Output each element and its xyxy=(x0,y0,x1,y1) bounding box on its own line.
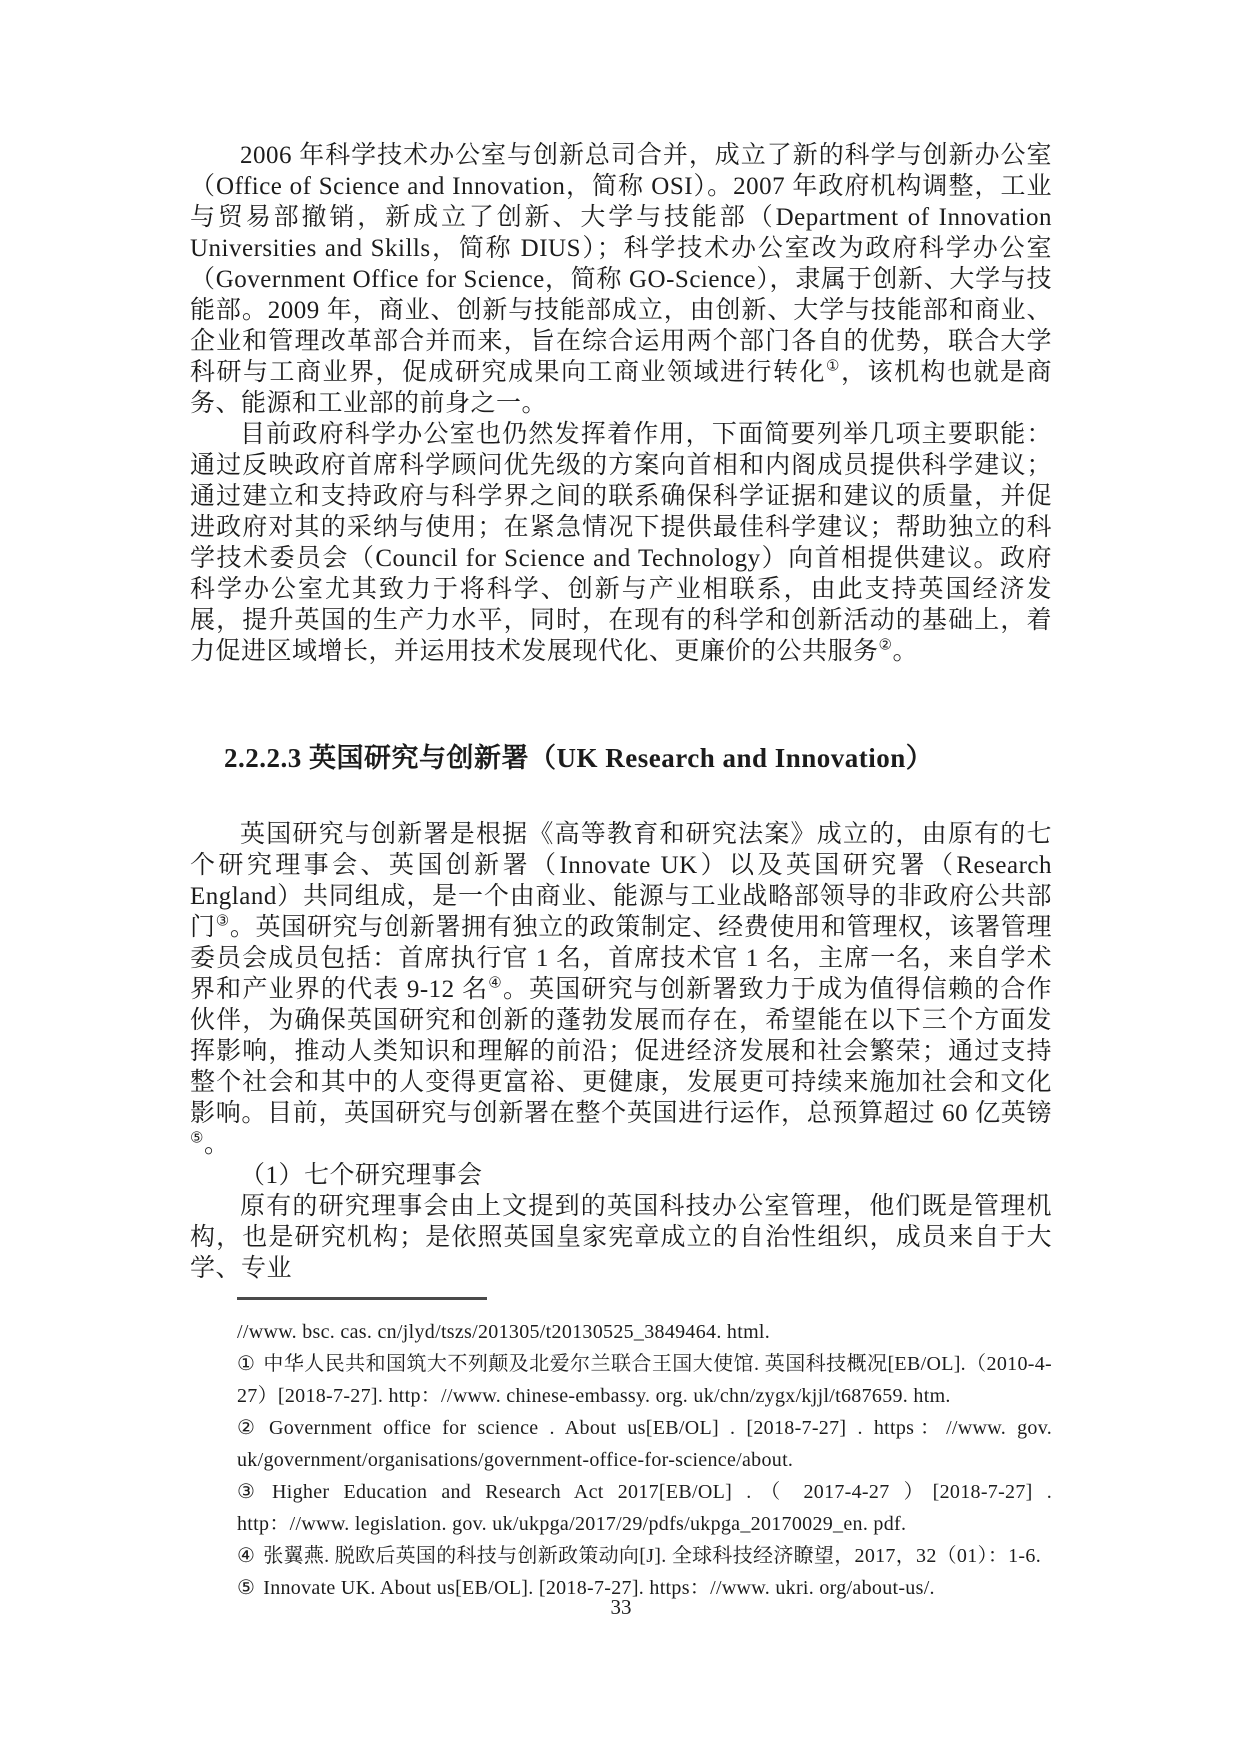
paragraph-osi-history: 2006 年科学技术办公室与创新总司合并，成立了新的科学与创新办公室（Offic… xyxy=(190,140,1052,419)
footnote-marker: ② xyxy=(237,1417,269,1439)
footnote-text: 中华人民共和国筑大不列颠及北爱尔兰联合王国大使馆. 英国科技概况[EB/OL].… xyxy=(237,1353,1052,1407)
list-item-research-councils: （1）七个研究理事会 xyxy=(190,1160,1052,1191)
footnote-item: ①中华人民共和国筑大不列颠及北爱尔兰联合王国大使馆. 英国科技概况[EB/OL]… xyxy=(237,1348,1052,1412)
body-content: 2006 年科学技术办公室与创新总司合并，成立了新的科学与创新办公室（Offic… xyxy=(190,140,1052,1284)
page-number: 33 xyxy=(190,1594,1052,1620)
text-run: 。 xyxy=(204,1131,230,1158)
footnote-text: Higher Education and Research Act 2017[E… xyxy=(237,1481,1052,1535)
footnote-divider xyxy=(237,1297,487,1300)
footnote-item: ③Higher Education and Research Act 2017[… xyxy=(237,1476,1052,1540)
footnote-marker: ① xyxy=(237,1353,263,1375)
text-run: 目前政府科学办公室也仍然发挥着作用，下面简要列举几项主要职能：通过反映政府首席科… xyxy=(190,421,1052,665)
paragraph-research-councils: 原有的研究理事会由上文提到的英国科技办公室管理，他们既是管理机构，也是研究机构；… xyxy=(190,1191,1052,1284)
text-run: 原有的研究理事会由上文提到的英国科技办公室管理，他们既是管理机构，也是研究机构；… xyxy=(190,1193,1052,1282)
text-run: 2006 年科学技术办公室与创新总司合并，成立了新的科学与创新办公室（Offic… xyxy=(190,142,1052,386)
footnote-area: //www. bsc. cas. cn/jlyd/tszs/201305/t20… xyxy=(237,1297,1052,1604)
document-page: 2006 年科学技术办公室与创新总司合并，成立了新的科学与创新办公室（Offic… xyxy=(0,0,1240,1753)
paragraph-ukri-overview: 英国研究与创新署是根据《高等教育和研究法案》成立的，由原有的七个研究理事会、英国… xyxy=(190,819,1052,1160)
paragraph-go-science-functions: 目前政府科学办公室也仍然发挥着作用，下面简要列举几项主要职能：通过反映政府首席科… xyxy=(190,419,1052,667)
footnote-text: //www. bsc. cas. cn/jlyd/tszs/201305/t20… xyxy=(237,1321,770,1343)
footnote-ref-superscript: ④ xyxy=(488,976,503,992)
footnote-item: //www. bsc. cas. cn/jlyd/tszs/201305/t20… xyxy=(237,1316,1052,1348)
footnote-text: Government office for science . About us… xyxy=(237,1417,1052,1471)
footnote-list: //www. bsc. cas. cn/jlyd/tszs/201305/t20… xyxy=(237,1316,1052,1604)
text-run: 。 xyxy=(892,638,918,665)
section-heading: 2.2.2.3 英国研究与创新署（UK Research and Innovat… xyxy=(190,737,1052,779)
footnote-item: ②Government office for science . About u… xyxy=(237,1412,1052,1476)
footnote-marker: ④ xyxy=(237,1545,263,1567)
footnote-ref-superscript: ③ xyxy=(216,914,230,930)
footnote-marker: ③ xyxy=(237,1481,272,1503)
footnote-text: 张翼燕. 脱欧后英国的科技与创新政策动向[J]. 全球科技经济瞭望，2017，3… xyxy=(263,1545,1041,1567)
footnote-ref-superscript: ① xyxy=(826,359,841,375)
footnote-item: ④张翼燕. 脱欧后英国的科技与创新政策动向[J]. 全球科技经济瞭望，2017，… xyxy=(237,1540,1052,1572)
footnote-ref-superscript: ② xyxy=(879,638,893,654)
footnote-ref-superscript: ⑤ xyxy=(190,1131,204,1147)
